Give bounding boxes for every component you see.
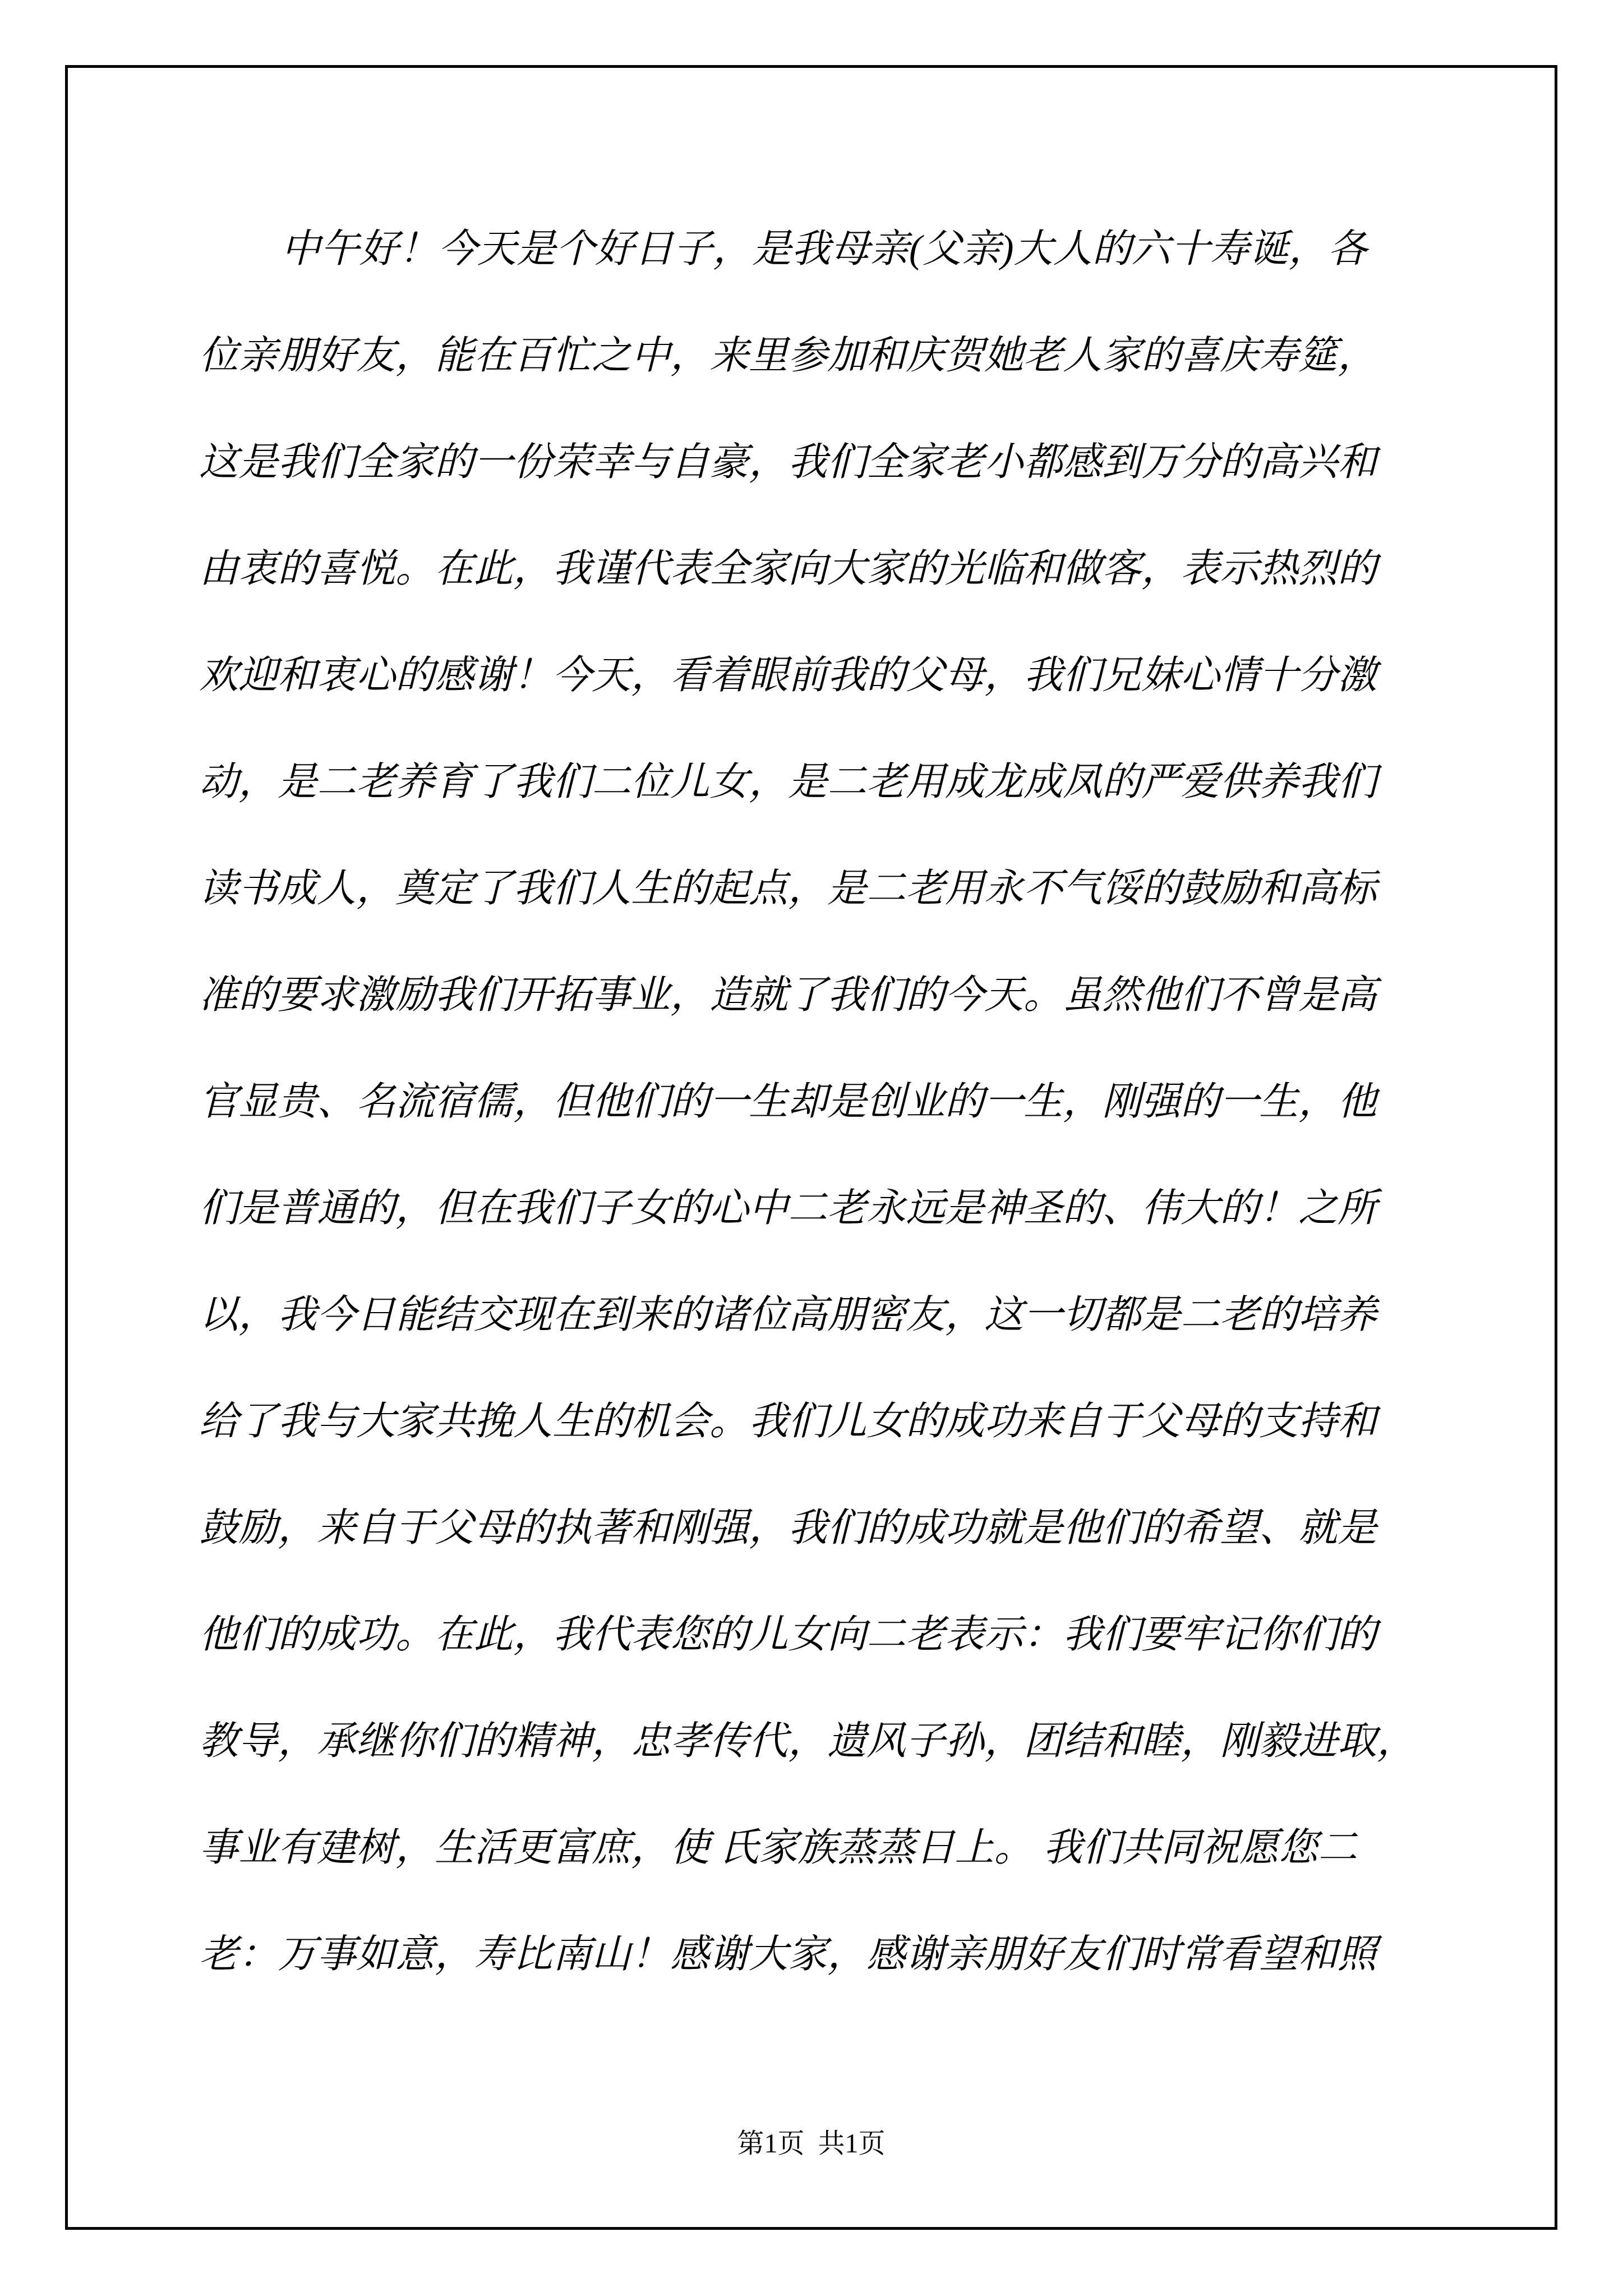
- paragraph-line: 动，是二老养育了我们二位儿女，是二老用成龙成凤的严爱供养我们: [199, 729, 1445, 836]
- paragraph-line: 他们的成功。在此，我代表您的儿女向二老表示：我们要牢记你们的: [199, 1582, 1445, 1688]
- paragraph-line: 给了我与大家共挽人生的机会。我们儿女的成功来自于父母的支持和: [199, 1369, 1445, 1475]
- paragraph-line: 中午好！今天是个好日子，是我母亲(父亲)大人的六十寿诞，各: [199, 196, 1445, 303]
- paragraph-line: 事业有建树，生活更富庶，使 氏家族蒸蒸日上。 我们共同祝愿您二: [199, 1795, 1445, 1902]
- page-footer: 第1页 共1页: [65, 2122, 1557, 2160]
- paragraph-line: 读书成人，奠定了我们人生的起点，是二老用永不气馁的鼓励和高标: [199, 836, 1445, 942]
- paragraph-line: 教导，承继你们的精神，忠孝传代，遗风子孙，团结和睦，刚毅进取，: [199, 1688, 1445, 1795]
- speech-paragraph: 中午好！今天是个好日子，是我母亲(父亲)大人的六十寿诞，各位亲朋好友，能在百忙之…: [199, 196, 1445, 2008]
- paragraph-line: 由衷的喜悦。在此，我谨代表全家向大家的光临和做客，表示热烈的: [199, 516, 1445, 623]
- document-page: 中午好！今天是个好日子，是我母亲(父亲)大人的六十寿诞，各位亲朋好友，能在百忙之…: [0, 0, 1623, 2296]
- page-number-info: 第1页 共1页: [737, 2129, 885, 2159]
- paragraph-line: 以，我今日能结交现在到来的诸位高朋密友，这一切都是二老的培养: [199, 1262, 1445, 1369]
- paragraph-line: 们是普通的，但在我们子女的心中二老永远是神圣的、伟大的！之所: [199, 1156, 1445, 1262]
- paragraph-line: 老：万事如意，寿比南山！感谢大家，感谢亲朋好友们时常看望和照: [199, 1902, 1445, 2008]
- paragraph-line: 这是我们全家的一份荣幸与自豪，我们全家老小都感到万分的高兴和: [199, 409, 1445, 516]
- paragraph-line: 欢迎和衷心的感谢！今天，看着眼前我的父母，我们兄妹心情十分激: [199, 623, 1445, 729]
- paragraph-line: 准的要求激励我们开拓事业，造就了我们的今天。虽然他们不曾是高: [199, 942, 1445, 1049]
- paragraph-line: 官显贵、名流宿儒，但他们的一生却是创业的一生，刚强的一生，他: [199, 1049, 1445, 1156]
- paragraph-line: 鼓励，来自于父母的执著和刚强，我们的成功就是他们的希望、就是: [199, 1475, 1445, 1582]
- paragraph-line: 位亲朋好友，能在百忙之中，来里参加和庆贺她老人家的喜庆寿筵，: [199, 303, 1445, 409]
